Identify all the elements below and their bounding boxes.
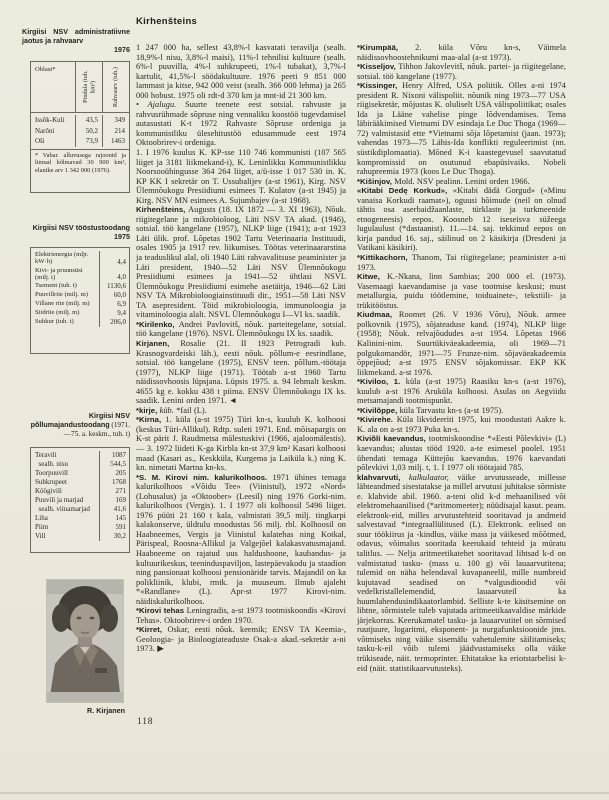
entry-headword: Kirhenšteins,	[136, 205, 185, 214]
table-cell: 1130,6	[99, 282, 129, 291]
table-row: Suhkur (tuh. t)206,0	[31, 318, 129, 327]
entry-headword: «Kitabi Dedę Korkud»,	[357, 186, 447, 195]
table-cell: 145	[99, 514, 129, 523]
entry-headword: *Kirret,	[136, 625, 162, 634]
entry: 1. I 1976 kuulus K. KP-sse 110 746 kommu…	[136, 148, 346, 205]
entry: *Kivirehe. Küla likvideeriti 1975, kui m…	[357, 415, 566, 434]
admin-table-rows: Issõk-Kuli43,5349Narõni50,2214Oši73,9146…	[31, 113, 129, 149]
table-cell: Puuvillriie (milj. m)	[31, 291, 99, 300]
agri-table-rows: Teravili1087 sealh. nisu544,5Toorpuuvill…	[31, 448, 129, 544]
scanned-encyclopedia-page: Kirhenšteins Kirgiisi NSV administratiiv…	[0, 0, 609, 800]
entry-italic-lead: küb.	[157, 406, 174, 415]
table-cell: Villane riie (milj. m)	[31, 300, 99, 309]
entry-text: 1 247 000 ha, sellest 43,8%-l kasvatati …	[136, 43, 346, 100]
column-header: Rahvaarv (tuh.)	[102, 62, 129, 112]
table-row: Liha145	[31, 514, 129, 523]
table-cell: 1768	[99, 478, 129, 487]
table-cell: 30,2	[99, 532, 129, 541]
table-cell: sealh. viinamarjad	[31, 505, 99, 514]
industry-table: Elektrienergia (mljr. kW·h)4,4Kivi- ja p…	[30, 247, 130, 354]
entry-headword: *kirje,	[136, 406, 157, 415]
entry-headword: *Kirumpää,	[357, 43, 398, 52]
table-cell: Issõk-Kuli	[31, 115, 75, 126]
table-cell: Suhkur (tuh. t)	[31, 318, 99, 327]
entry: 1 247 000 ha, sellest 43,8%-l kasvatati …	[136, 43, 346, 100]
table-cell: 73,9	[75, 136, 102, 147]
table-row: Elektrienergia (mljr. kW·h)4,4	[31, 251, 129, 267]
entry-headword: *Kisseljov,	[357, 62, 396, 71]
page-bottom-edge	[0, 792, 609, 794]
entry: Kiudmaa, Roomet (26. V 1936 Võru), Nõuk.…	[357, 310, 566, 377]
entry-text: Henry Alfred, USA poliitik. Olles a-ni 1…	[357, 81, 566, 176]
entry-text: Augusts (18. IX 1872 — 3. XI 1963), Nõuk…	[136, 205, 346, 319]
entry-headword: *Kivilõppe,	[357, 406, 397, 415]
table-row: Siidriie (milj. m)9,4	[31, 309, 129, 318]
entry-headword: Kiudmaa,	[357, 310, 392, 319]
table-row: Puuvili ja marjad169	[31, 496, 129, 505]
table-cell: 271	[99, 487, 129, 496]
table-row: sealh. viinamarjad41,6	[31, 505, 129, 514]
entry: *Kiviloo, 1. küla (a-st 1975) Raasiku kn…	[357, 377, 566, 406]
table-row: Kivi- ja pruunsüsi (milj. t)4,0	[31, 267, 129, 283]
entry-text: Roomet (26. V 1936 Võru), Nõuk. armee po…	[357, 310, 566, 376]
table-cell: 60,0	[99, 291, 129, 300]
table-cell: Vill	[31, 532, 99, 541]
entry: *kirje, küb. *fail (L).	[136, 406, 346, 416]
table-row: Issõk-Kuli43,5349	[31, 115, 129, 126]
portrait-photo	[47, 580, 123, 702]
entry-text: 1971 ühines temaga kalurikolhoos «Võidu …	[136, 473, 346, 606]
table-cell: 591	[99, 523, 129, 532]
table-cell: Kivi- ja pruunsüsi (milj. t)	[31, 267, 99, 283]
entry-italic-lead: • Ajalugu.	[136, 100, 176, 109]
running-head: Kirhenšteins	[136, 16, 197, 27]
entry: *Kisseljov, Tihhon Jakovlevitš, nõuk. pa…	[357, 62, 566, 81]
table-row: Toorpuuvill205	[31, 469, 129, 478]
admin-table: Oblast* Pindala (tuh. km²) Rahvaarv (tuh…	[30, 61, 130, 193]
entry-headword: *Kirovi tehas	[136, 606, 184, 615]
table-cell: 1463	[102, 136, 129, 147]
table-cell: Piim	[31, 523, 99, 532]
table-cell: 50,2	[75, 126, 102, 137]
table-row: Teravili1087	[31, 451, 129, 460]
entry-text: 1. I 1976 kuulus K. KP-sse 110 746 kommu…	[136, 148, 346, 205]
table-cell: 205	[99, 469, 129, 478]
entry-headword: *Kissinger,	[357, 81, 397, 90]
table-cell: 41,6	[99, 505, 129, 514]
entry: *Kišinjov, Mold. NSV pealinn. Lenini ord…	[357, 177, 566, 187]
entry-headword: *Kittikachorn,	[357, 253, 408, 262]
entry: Kiviõli kaevandus, tootmiskoondise *«Ees…	[357, 434, 566, 472]
table-cell: Puuvili ja marjad	[31, 496, 99, 505]
entry-headword: Kiviõli kaevandus,	[357, 434, 426, 443]
entry-text: Oskar, eesti nõuk. keemik; ENSV TA Keemi…	[136, 625, 346, 653]
table-row: Tsement (tuh. t)1130,6	[31, 282, 129, 291]
table-cell: Köögivili	[31, 487, 99, 496]
table-cell: 349	[102, 115, 129, 126]
table-cell: 9,4	[99, 309, 129, 318]
entry: *Kirna, 1. küla (a-st 1975) Türi kn-s, k…	[136, 415, 346, 472]
entry: Kitwe, K.-Nkana, linn Sambias; 200 000 e…	[357, 272, 566, 310]
table-cell: Oši	[31, 136, 75, 147]
entry-text: Rosalie (21. II 1923 Petrogradi kub. Kra…	[136, 339, 346, 405]
table-cell: 1087	[99, 451, 129, 460]
entry-text: *fail (L).	[174, 406, 207, 415]
entry-headword: *Kivirehe.	[357, 415, 393, 424]
text-column-left: 1 247 000 ha, sellest 43,8%-l kasvatati …	[136, 43, 346, 721]
table-cell: 4,0	[99, 267, 129, 283]
table-cell: Toorpuuvill	[31, 469, 99, 478]
table-cell: 544,5	[99, 460, 129, 469]
entry: klahvarvuti, kalkulaator, väike arvutuss…	[357, 473, 566, 673]
table-cell: 206,0	[99, 318, 129, 327]
agri-table: Teravili1087 sealh. nisu544,5Toorpuuvill…	[30, 447, 130, 553]
entry-headword: *Kirna,	[136, 415, 161, 424]
agri-table-title: Kirgiisi NSV põllumajandustoodang (1971.…	[24, 412, 130, 438]
admin-table-footnote: * Vabar. alluvusega rajoonid ja linnad h…	[31, 149, 129, 177]
entry: *S. M. Kirovi nim. kalurikolhoos. 1971 ü…	[136, 473, 346, 607]
entry-text: Mold. NSV pealinn. Lenini orden 1966.	[392, 177, 530, 186]
table-cell: Elektrienergia (mljr. kW·h)	[31, 251, 99, 267]
table-row: Piim591	[31, 523, 129, 532]
entry-headword: Kitwe,	[357, 272, 380, 281]
entry: «Kitabi Dedę Korkud», «Kitabi dädä Gorgu…	[357, 186, 566, 253]
table-cell: 214	[102, 126, 129, 137]
entry: *Kirumpää, 2. küla Võru kn-s, Väimela nä…	[357, 43, 566, 62]
table-cell: Narõni	[31, 126, 75, 137]
column-header: Oblast*	[31, 62, 75, 112]
entry: Kirhenšteins, Augusts (18. IX 1872 — 3. …	[136, 205, 346, 320]
column-header: Pindala (tuh. km²)	[75, 62, 102, 112]
table-row: Köögivili271	[31, 487, 129, 496]
entry-text: 1. küla (a-st 1975) Türi kn-s, kuulub K.…	[136, 415, 346, 472]
entry: *Kivilõppe, küla Tarvastu kn-s (a-st 197…	[357, 406, 566, 416]
table-cell: sealh. nisu	[31, 460, 99, 469]
table-row: sealh. nisu544,5	[31, 460, 129, 469]
entry-headword: *S. M. Kirovi nim. kalurikolhoos.	[136, 473, 267, 482]
table-row: Villane riie (milj. m)6,9	[31, 300, 129, 309]
table-row: Puuvillriie (milj. m)60,0	[31, 291, 129, 300]
text-column-right: *Kirumpää, 2. küla Võru kn-s, Väimela nä…	[357, 43, 566, 721]
entry: • Ajalugu. Suurte teenete eest sotsial. …	[136, 100, 346, 148]
table-cell: 4,4	[99, 251, 129, 267]
page-number: 118	[137, 717, 153, 727]
entry-headword: klahvarvuti,	[357, 473, 400, 482]
entry: *Kissinger, Henry Alfred, USA poliitik. …	[357, 81, 566, 176]
admin-table-title: Kirgiisi NSV administratiivne jaotus ja …	[22, 28, 130, 54]
entry: *Kirovi tehas Leningradis, a-st 1973 too…	[136, 606, 346, 625]
table-cell: 169	[99, 496, 129, 505]
entry-headword: *Kišinjov,	[357, 177, 392, 186]
table-cell: Liha	[31, 514, 99, 523]
entry-text: küla Tarvastu kn-s (a-st 1975).	[397, 406, 503, 415]
entry: *Kirret, Oskar, eesti nõuk. keemik; ENSV…	[136, 625, 346, 654]
entry-text: «Kitabi dädä Gorgud» («Minu vanaisa Kork…	[357, 186, 566, 252]
table-row: Suhkrupeet1768	[31, 478, 129, 487]
table-cell: Siidriie (milj. m)	[31, 309, 99, 318]
table-cell: Suhkrupeet	[31, 478, 99, 487]
table-cell: 43,5	[75, 115, 102, 126]
entry-headword: *Kirilenko,	[136, 320, 175, 329]
table-row: Narõni50,2214	[31, 126, 129, 137]
admin-table-year: 1976	[22, 46, 130, 55]
table-row: Oši73,91463	[31, 136, 129, 147]
industry-table-title: Kirgiisi NSV tööstustoodang 1975	[30, 224, 130, 242]
entry: Kirjanen, Rosalie (21. II 1923 Petrograd…	[136, 339, 346, 406]
entry-headword: Kirjanen,	[136, 339, 169, 348]
entry-italic-lead: kalkulaator,	[400, 473, 449, 482]
admin-table-header: Oblast* Pindala (tuh. km²) Rahvaarv (tuh…	[31, 62, 129, 113]
entry-text: väike arvutusseade, millesse lähteandmed…	[357, 473, 566, 673]
table-cell: Teravili	[31, 451, 99, 460]
entry-text: K.-Nkana, linn Sambias; 200 000 el. (197…	[357, 272, 566, 310]
table-row: Vill30,2	[31, 532, 129, 541]
entry-headword: *Kiviloo, 1.	[357, 377, 400, 386]
table-cell: 6,9	[99, 300, 129, 309]
admin-table-title-text: Kirgiisi NSV administratiivne jaotus ja …	[22, 27, 130, 45]
entry: *Kirilenko, Andrei Pavlovitš, nõuk. part…	[136, 320, 346, 339]
industry-table-rows: Elektrienergia (mljr. kW·h)4,4Kivi- ja p…	[31, 248, 129, 330]
photo-caption: R. Kirjanen	[28, 706, 125, 715]
table-cell: Tsement (tuh. t)	[31, 282, 99, 291]
entry: *Kittikachorn, Thanom, Tai riigitegelane…	[357, 253, 566, 272]
